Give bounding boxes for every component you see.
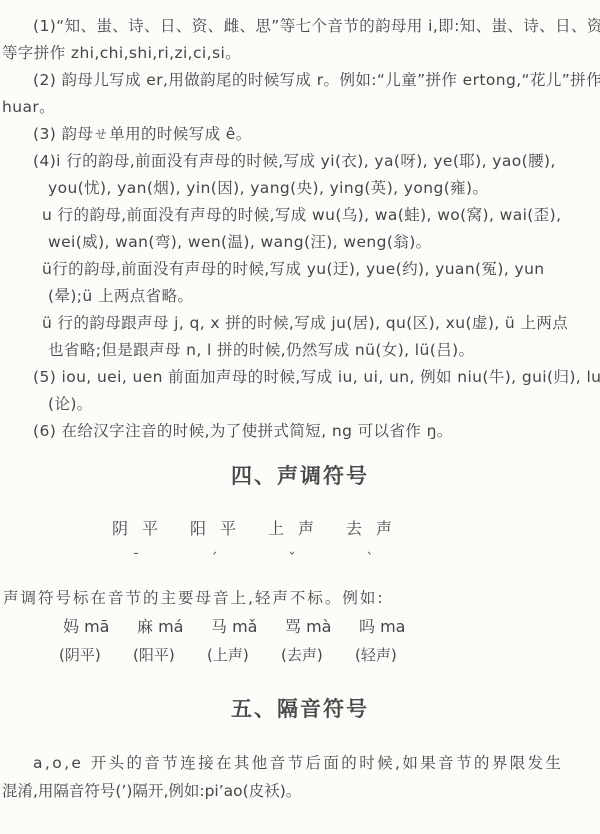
separator-line: a,o,e 开头的音节连接在其他音节后面的时候,如果音节的界限发生 bbox=[0, 749, 600, 777]
tone-name-label: 上声 bbox=[268, 516, 346, 542]
tone-examples: 妈 mā(阴平)麻 má(阳平)马 mǎ(上声)骂 mà(去声)吗 ma(轻声) bbox=[0, 613, 600, 669]
rule-line: (5) iou, uei, uen 前面加声母的时候,写成 iu, ui, un… bbox=[0, 364, 600, 391]
rule-line: ü 行的韵母跟声母 j, q, x 拼的时候,写成 ju(居), qu(区), … bbox=[0, 310, 600, 337]
example-tone-label: (去声) bbox=[281, 641, 359, 669]
example-tone-label: (阳平) bbox=[133, 641, 211, 669]
tone-mark-glyph: ˊ bbox=[190, 548, 238, 570]
rule-line: (3) 韵母ㄝ单用的时候写成 ê。 bbox=[0, 121, 600, 148]
example-word: 妈 mā bbox=[63, 613, 137, 641]
section-heading-tone-marks: 四、声调符号 bbox=[0, 462, 600, 490]
example-word: 骂 mà bbox=[285, 613, 359, 641]
rules-list: (1)“知、蚩、诗、日、资、雌、思”等七个音节的韵母用 i,即:知、蚩、诗、日、… bbox=[0, 0, 600, 445]
separator-line: 混淆,用隔音符号(’)隔开,例如:pi’ao(皮袄)。 bbox=[0, 777, 600, 805]
example-word: 马 mǎ bbox=[211, 613, 285, 641]
tone-name-label: 阳平 bbox=[190, 516, 268, 542]
rule-line: (晕);ü 上两点省略。 bbox=[0, 283, 600, 310]
example-word: 吗 ma bbox=[359, 613, 433, 641]
document-page: (1)“知、蚩、诗、日、资、雌、思”等七个音节的韵母用 i,即:知、蚩、诗、日、… bbox=[0, 0, 600, 834]
example-tone-label: (阴平) bbox=[59, 641, 137, 669]
tone-column: 阳平ˊ bbox=[190, 516, 268, 570]
example-tone-label: (上声) bbox=[207, 641, 285, 669]
rule-line: (2) 韵母儿写成 er,用做韵尾的时候写成 r。例如:“儿童”拼作 erton… bbox=[0, 67, 600, 94]
rule-line: u 行的韵母,前面没有声母的时候,写成 wu(乌), wa(蛙), wo(窝),… bbox=[0, 202, 600, 229]
tone-mark-glyph: ˉ bbox=[112, 548, 160, 570]
tone-example: 吗 ma(轻声) bbox=[359, 613, 433, 669]
rule-line: wei(威), wan(弯), wen(温), wang(汪), weng(翁)… bbox=[0, 229, 600, 256]
tone-example: 麻 má(阳平) bbox=[137, 613, 211, 669]
tone-example: 骂 mà(去声) bbox=[285, 613, 359, 669]
tone-column: 上声ˇ bbox=[268, 516, 346, 570]
rule-line: (1)“知、蚩、诗、日、资、雌、思”等七个音节的韵母用 i,即:知、蚩、诗、日、… bbox=[0, 13, 600, 40]
tone-example: 马 mǎ(上声) bbox=[211, 613, 285, 669]
tone-column: 去声ˋ bbox=[346, 516, 424, 570]
tone-column: 阴平ˉ bbox=[112, 516, 190, 570]
tone-name-label: 阴平 bbox=[112, 516, 190, 542]
tone-name-label: 去声 bbox=[346, 516, 424, 542]
tone-example: 妈 mā(阴平) bbox=[63, 613, 137, 669]
rule-line: you(忧), yan(烟), yin(因), yang(央), ying(英)… bbox=[0, 175, 600, 202]
rule-line: (6) 在给汉字注音的时候,为了使拼式简短, ng 可以省作 ŋ。 bbox=[0, 418, 600, 445]
example-word: 麻 má bbox=[137, 613, 211, 641]
rule-line: ü行的韵母,前面没有声母的时候,写成 yu(迂), yue(约), yuan(冤… bbox=[0, 256, 600, 283]
tone-mark-glyph: ˋ bbox=[346, 548, 394, 570]
rule-line: 等字拼作 zhi,chi,shi,ri,zi,ci,si。 bbox=[0, 40, 600, 67]
example-tone-label: (轻声) bbox=[355, 641, 433, 669]
tone-mark-glyph: ˇ bbox=[268, 548, 316, 570]
section-heading-separator-symbol: 五、隔音符号 bbox=[0, 695, 600, 723]
rule-line: (4)i 行的韵母,前面没有声母的时候,写成 yi(衣), ya(呀), ye(… bbox=[0, 148, 600, 175]
rule-line: huar。 bbox=[0, 94, 600, 121]
tone-note: 声调符号标在音节的主要母音上,轻声不标。例如: bbox=[0, 585, 600, 611]
tone-table: 阴平ˉ阳平ˊ上声ˇ去声ˋ bbox=[0, 516, 600, 570]
rule-line: 也省略;但是跟声母 n, l 拼的时候,仍然写成 nü(女), lü(吕)。 bbox=[0, 337, 600, 364]
separator-paragraph: a,o,e 开头的音节连接在其他音节后面的时候,如果音节的界限发生混淆,用隔音符… bbox=[0, 749, 600, 805]
rule-line: (论)。 bbox=[0, 391, 600, 418]
